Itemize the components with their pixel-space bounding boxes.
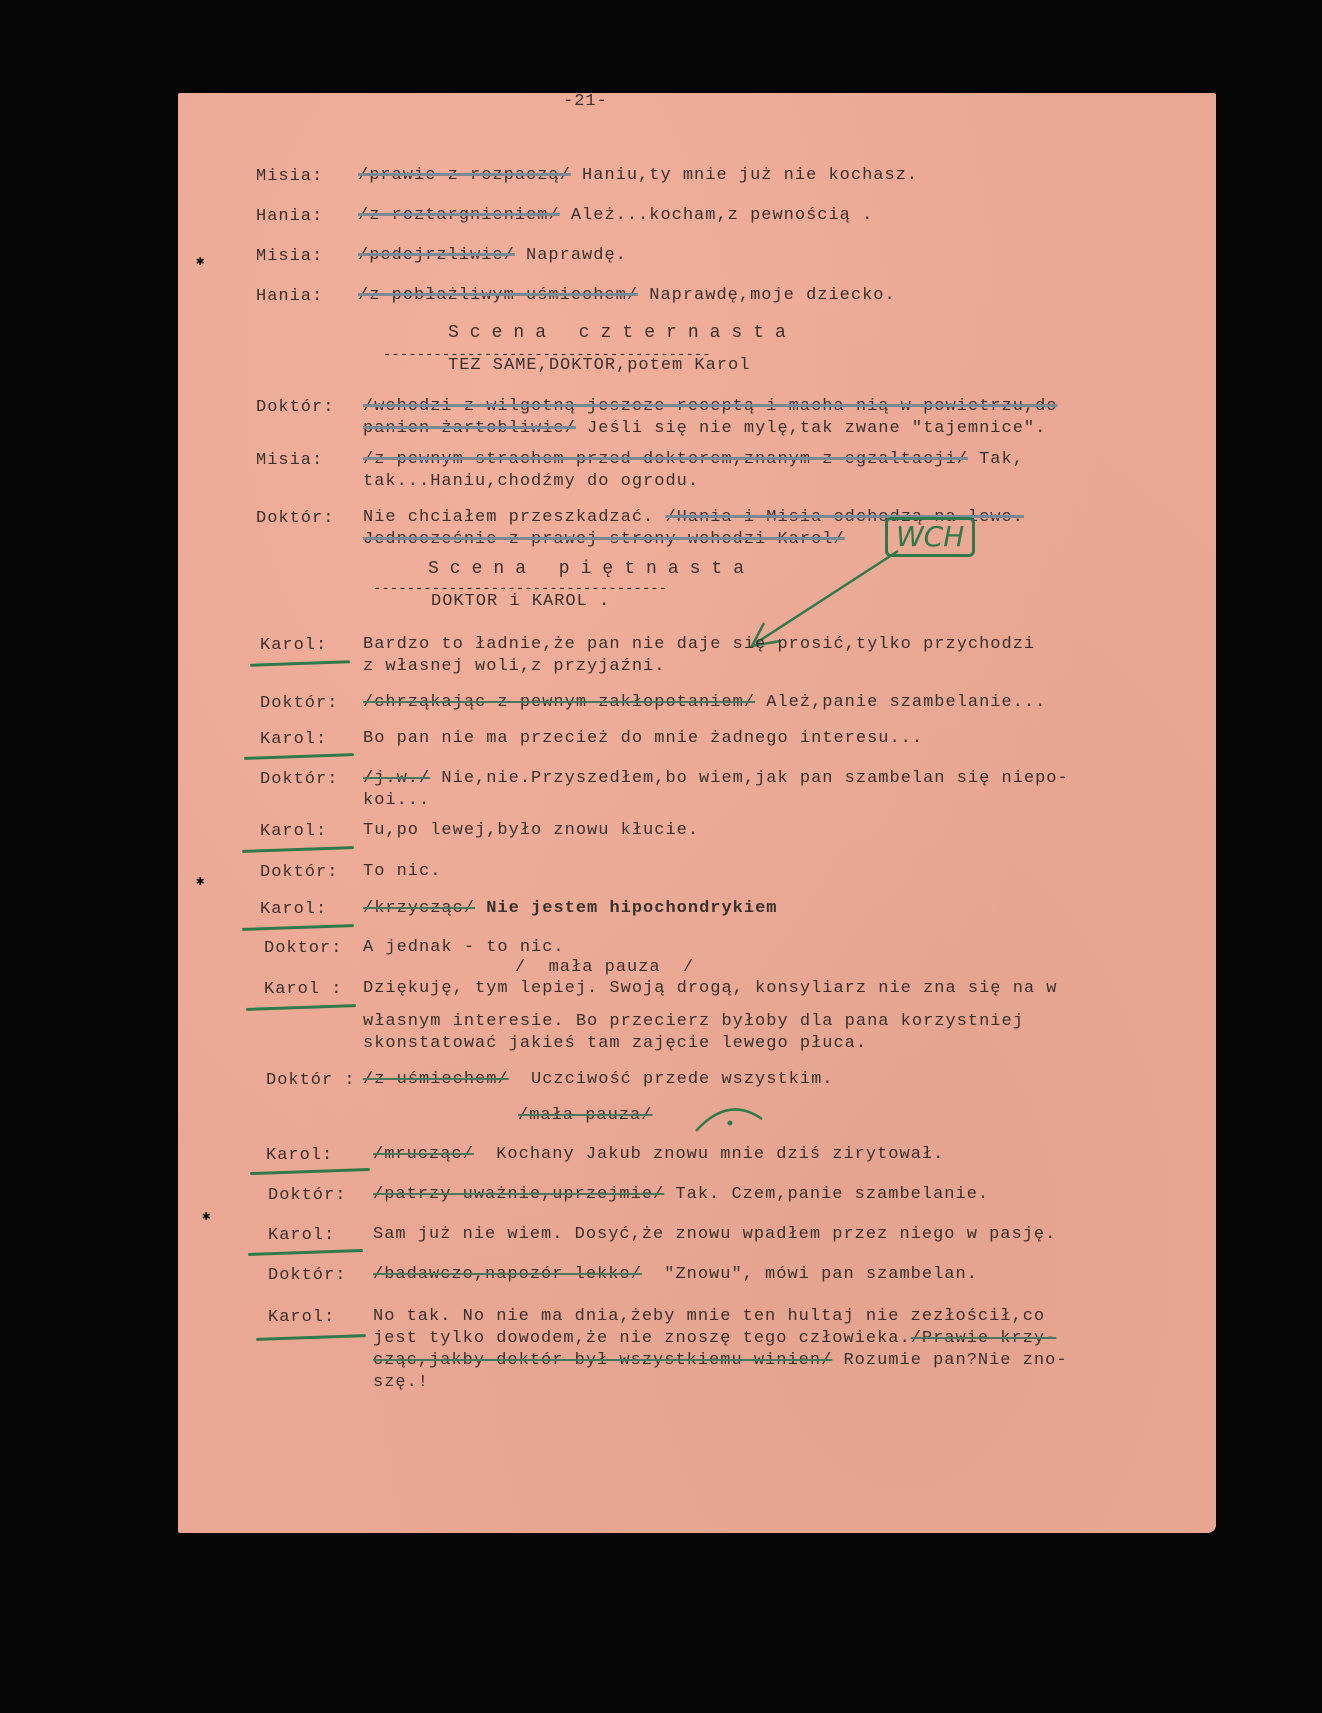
dialogue-line: Bo pan nie ma przecież do mnie żadnego i… xyxy=(363,728,923,750)
speaker-label: Karol: xyxy=(268,1308,335,1327)
dialogue-line: A jednak - to nic. xyxy=(363,937,565,959)
struck-direction: cząc,jakby doktór był wszystkiemu winien… xyxy=(373,1351,832,1370)
dialogue-line: No tak. No nie ma dnia,żeby mnie ten hul… xyxy=(373,1306,1045,1328)
speaker-label: Hania: xyxy=(256,207,323,226)
struck-direction: /j.w./ xyxy=(363,769,430,788)
line-text: Uczciwość przede wszystkim. xyxy=(509,1070,834,1089)
dialogue-line: Sam już nie wiem. Dosyć,że znowu wpadłem… xyxy=(373,1224,1056,1246)
dialogue-line: skonstatować jakieś tam zajęcie lewego p… xyxy=(363,1033,867,1055)
green-underline xyxy=(248,1249,363,1256)
speaker-label: Karol: xyxy=(268,1226,335,1245)
green-underline xyxy=(246,1004,356,1011)
green-underline xyxy=(242,924,354,931)
line-text: Tak, xyxy=(968,450,1024,469)
struck-direction: /patrzy uważnie,uprzejmie/ xyxy=(373,1185,664,1204)
struck-direction: /z roztargnieniem/ xyxy=(358,206,560,225)
speaker-label: Doktór: xyxy=(260,770,338,789)
dialogue-line: /z pobłażliwym uśmiechem/ Naprawdę,moje … xyxy=(358,285,896,307)
speaker-label: Karol: xyxy=(260,822,327,841)
line-text: Nie,nie.Przyszedłem,bo wiem,jak pan szam… xyxy=(430,769,1069,788)
scene-title: Scena piętnasta xyxy=(428,559,755,579)
line-text: Rozumie pan?Nie zno- xyxy=(832,1351,1067,1370)
struck-direction: /z uśmiechem/ xyxy=(363,1070,509,1089)
scene-cast: DOKTOR i KAROL . xyxy=(431,591,610,613)
line-text: Ależ...kocham,z pewnością . xyxy=(560,206,874,225)
dialogue-line: /prawie z rozpaczą/ Haniu,ty mnie już ni… xyxy=(358,165,918,187)
speaker-label: Karol: xyxy=(260,636,327,655)
struck-direction: /z pobłażliwym uśmiechem/ xyxy=(358,286,638,305)
dialogue-line: Bardzo to ładnie,że pan nie daje się pro… xyxy=(363,634,1035,656)
dialogue-line: /chrząkając z pewnym zakłopotaniem/ Ależ… xyxy=(363,692,1046,714)
speaker-label: Doktór : xyxy=(266,1071,356,1090)
green-underline xyxy=(256,1334,366,1341)
dialogue-line: szę.! xyxy=(373,1372,429,1394)
dialogue-line: koi... xyxy=(363,790,430,812)
line-text: Naprawdę,moje dziecko. xyxy=(638,286,896,305)
struck-direction: /mała pauza/ xyxy=(518,1106,652,1125)
speaker-label: Doktór: xyxy=(260,694,338,713)
speaker-label: Doktór: xyxy=(268,1186,346,1205)
line-text: Naprawdę. xyxy=(515,246,627,265)
speaker-label: Doktór: xyxy=(256,509,334,528)
dialogue-line: panien żartobliwie/ Jeśli się nie mylę,t… xyxy=(363,418,1046,440)
line-text: Nie jestem hipochondrykiem xyxy=(475,899,777,918)
struck-direction: panien żartobliwie/ xyxy=(363,419,576,438)
line-text: Tak. Czem,panie szambelanie. xyxy=(664,1185,989,1204)
struck-direction: /prawie z rozpaczą/ xyxy=(358,166,571,185)
speaker-label: Doktór: xyxy=(256,398,334,417)
struck-direction: /chrząkając z pewnym zakłopotaniem/ xyxy=(363,693,755,712)
dialogue-line: /z uśmiechem/ Uczciwość przede wszystkim… xyxy=(363,1069,833,1091)
dialogue-line: jest tylko dowodem,że nie znoszę tego cz… xyxy=(373,1328,1056,1350)
dialogue-line: /z roztargnieniem/ Ależ...kocham,z pewno… xyxy=(358,205,873,227)
struck-direction: /z pewnym strachem przed doktorem,znanym… xyxy=(363,450,968,469)
dialogue-line: /j.w./ Nie,nie.Przyszedłem,bo wiem,jak p… xyxy=(363,768,1069,790)
struck-direction: /Prawie krzy- xyxy=(911,1329,1057,1348)
document-page: -21- Misia: /prawie z rozpaczą/ Haniu,ty… xyxy=(178,93,1216,1533)
speaker-label: Misia: xyxy=(256,451,323,470)
stage-direction: /mała pauza/ xyxy=(518,1105,652,1127)
dialogue-line: z własnej woli,z przyjaźni. xyxy=(363,656,665,678)
margin-ink-mark: ✱ xyxy=(196,873,204,890)
speaker-label: Karol: xyxy=(260,900,327,919)
green-underline xyxy=(250,1168,370,1175)
struck-direction: /mrucząc/ xyxy=(373,1145,474,1164)
struck-direction: /wchodzi z wilgotną jeszcze receptą i ma… xyxy=(363,397,1058,416)
speaker-label: Doktór: xyxy=(260,863,338,882)
dialogue-line: /z pewnym strachem przed doktorem,znanym… xyxy=(363,449,1024,471)
speaker-label: Karol: xyxy=(266,1146,333,1165)
line-text: "Znowu", mówi pan szambelan. xyxy=(642,1265,978,1284)
speaker-label: Karol: xyxy=(260,730,327,749)
dialogue-line: /podejrzliwie/ Naprawdę. xyxy=(358,245,627,267)
dialogue-line: cząc,jakby doktór był wszystkiemu winien… xyxy=(373,1350,1068,1372)
green-underline xyxy=(242,846,354,853)
speaker-label: Doktor: xyxy=(264,939,342,958)
page-number: -21- xyxy=(563,91,608,113)
dialogue-line: Dziękuję, tym lepiej. Swoją drogą, konsy… xyxy=(363,978,1058,1000)
dialogue-line: Tu,po lewej,było znowu kłucie. xyxy=(363,820,699,842)
dialogue-line: własnym interesie. Bo przecierz byłoby d… xyxy=(363,1011,1024,1033)
line-text: Jeśli się nie mylę,tak zwane "tajemnice"… xyxy=(576,419,1046,438)
stage-direction: / mała pauza / xyxy=(515,957,694,979)
margin-ink-mark: ✱ xyxy=(196,253,204,270)
dialogue-line: To nic. xyxy=(363,861,441,883)
struck-direction: /badawczo,napozór lekko/ xyxy=(373,1265,642,1284)
speaker-label: Misia: xyxy=(256,247,323,266)
dialogue-line: /krzycząc/ Nie jestem hipochondrykiem xyxy=(363,898,777,920)
struck-direction: /podejrzliwie/ xyxy=(358,246,515,265)
speaker-label: Hania: xyxy=(256,287,323,306)
speaker-label: Karol : xyxy=(264,980,342,999)
speaker-label: Doktór: xyxy=(268,1266,346,1285)
green-underline xyxy=(244,753,354,760)
speaker-label: Misia: xyxy=(256,167,323,186)
dialogue-line: tak...Haniu,chodźmy do ogrodu. xyxy=(363,471,699,493)
struck-direction: /krzycząc/ xyxy=(363,899,475,918)
pause-fermata-icon xyxy=(690,1101,770,1135)
scene-cast: TEZ SAME,DOKTOR,potem Karol xyxy=(448,355,750,377)
dialogue-line: /wchodzi z wilgotną jeszcze receptą i ma… xyxy=(363,396,1058,418)
margin-ink-mark: ✱ xyxy=(202,1208,210,1225)
line-text: jest tylko dowodem,że nie znoszę tego cz… xyxy=(373,1329,911,1348)
dialogue-line: /mrucząc/ Kochany Jakub znowu mnie dziś … xyxy=(373,1144,944,1166)
dialogue-line: /badawczo,napozór lekko/ "Znowu", mówi p… xyxy=(373,1264,978,1286)
scene-title: Scena czternasta xyxy=(448,323,797,343)
green-underline xyxy=(250,660,350,666)
line-text: Ależ,panie szambelanie... xyxy=(755,693,1046,712)
line-text: Haniu,ty mnie już nie kochasz. xyxy=(571,166,918,185)
dialogue-line: /patrzy uważnie,uprzejmie/ Tak. Czem,pan… xyxy=(373,1184,989,1206)
line-text: Nie chciałem przeszkadzać. xyxy=(363,508,665,527)
line-text: Kochany Jakub znowu mnie dziś zirytował. xyxy=(474,1145,944,1164)
